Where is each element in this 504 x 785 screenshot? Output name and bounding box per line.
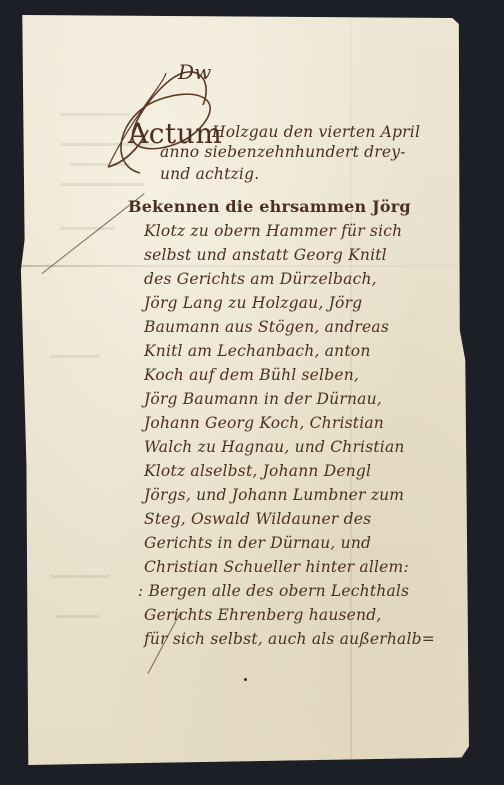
body-line: Jörg Baumann in der Dürnau, <box>144 390 382 408</box>
bleed-through-mark <box>50 575 110 578</box>
body-line: des Gerichts am Dürzelbach, <box>144 270 377 288</box>
invocation-text: Dw <box>178 60 212 84</box>
body-line: Christian Schueller hinter allem: <box>144 558 409 576</box>
body-line: Jörgs, und Johann Lumbner zum <box>144 486 404 504</box>
body-line: Bekennen die ehrsammen Jörg <box>128 197 411 216</box>
place-date-line-1: Holzgau den vierten April <box>212 123 420 141</box>
manuscript-page: Dw Actum Holzgau den vierten April anno … <box>20 15 480 765</box>
body-line: Johann Georg Koch, Christian <box>144 414 384 432</box>
pen-stroke <box>42 193 145 274</box>
body-line: Baumann aus Stögen, andreas <box>144 318 389 336</box>
document-scan: Dw Actum Holzgau den vierten April anno … <box>0 0 504 785</box>
place-date-line-3: und achtzig. <box>160 165 259 183</box>
bleed-through-mark <box>55 615 100 618</box>
place-date-line-2: anno siebenzehnhundert drey- <box>160 143 406 161</box>
horizontal-fold-line <box>20 265 480 267</box>
body-line: Gerichts in der Dürnau, und <box>144 534 371 552</box>
body-line: für sich selbst, auch als außerhalb= <box>144 630 435 648</box>
body-line: Koch auf dem Bühl selben, <box>144 366 359 384</box>
body-line: Klotz alselbst, Johann Dengl <box>144 462 371 480</box>
body-line: Steg, Oswald Wildauner des <box>144 510 371 528</box>
body-line: Knitl am Lechanbach, anton <box>144 342 371 360</box>
ink-speck <box>244 678 247 681</box>
initial-flourish-icon <box>78 45 258 185</box>
body-line: Walch zu Hagnau, und Christian <box>144 438 405 456</box>
bleed-through-mark <box>50 355 100 358</box>
body-line: : Bergen alle des obern Lechthals <box>138 582 409 600</box>
body-line: Klotz zu obern Hammer für sich <box>144 222 402 240</box>
body-line: selbst und anstatt Georg Knitl <box>144 246 387 264</box>
body-line: Jörg Lang zu Holzgau, Jörg <box>144 294 362 312</box>
bleed-through-mark <box>60 227 115 230</box>
